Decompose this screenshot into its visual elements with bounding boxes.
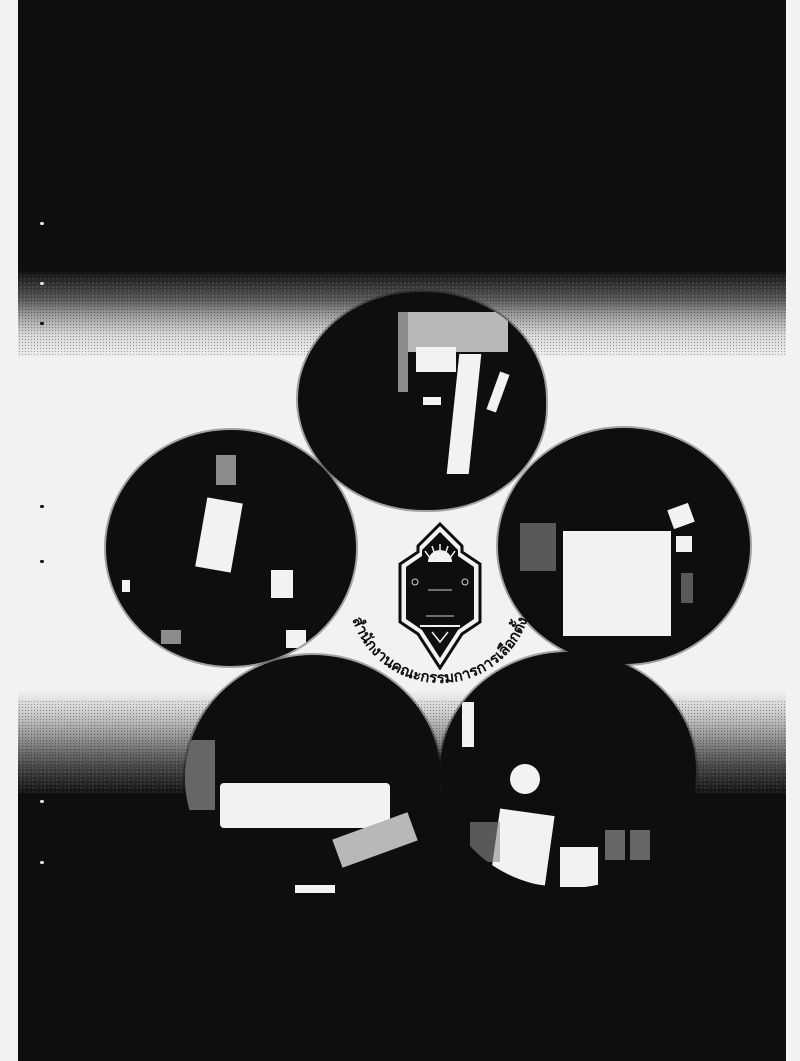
organization-name: สำนักงานคณะกรรมการการเลือกตั้ง bbox=[348, 614, 531, 687]
photo-left bbox=[106, 430, 356, 666]
scan-mark bbox=[40, 560, 44, 563]
scan-mark bbox=[40, 861, 44, 864]
scan-mark bbox=[40, 322, 44, 325]
scan-mark bbox=[40, 222, 44, 225]
scan-mark bbox=[40, 800, 44, 803]
photo-top bbox=[298, 292, 546, 510]
scan-mark bbox=[40, 282, 44, 285]
organization-name-arc: สำนักงานคณะกรรมการการเลือกตั้ง bbox=[340, 560, 540, 700]
scan-mark bbox=[40, 505, 44, 508]
